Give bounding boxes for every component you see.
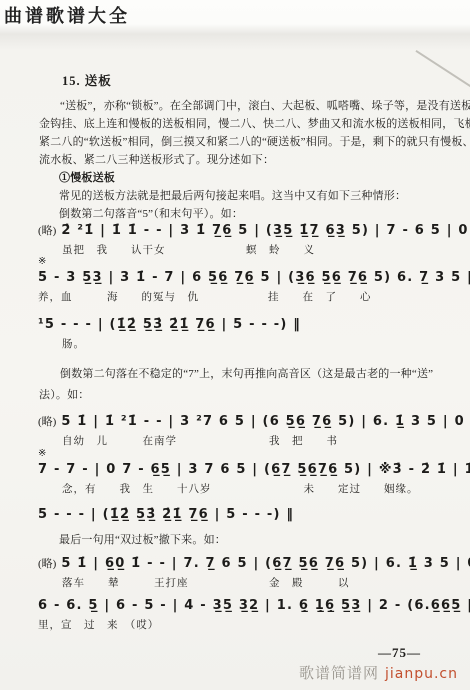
case2-description: 倒数第二句落在不稳定的“7”上，末句再推向高音区（这是最古老的一种“送”法）。如… <box>39 364 433 406</box>
omitted-label: (略) <box>38 225 56 237</box>
music-system: (略)5 1̇ | 6̲0̲ 1̇ - - | 7. 7̲ 6 5 | (6̲7… <box>38 554 464 590</box>
intro-line: “送板”，亦称“锁板”。在全部调门中，滚白、大起板、呱嗒嘴、垛子等，是没有送板的… <box>39 97 470 115</box>
jianpu-notation-line: 5 - 3 5̲3̲ | 3 1̇ - 7 | 6 5̲6̲ 7̲6̲ 5 | … <box>38 270 470 285</box>
intro-line: 紧二八的“软送板”相同，倒三摸又和紧二八的“硬送板”相同。于是，剩下的就只有慢板… <box>39 133 470 151</box>
jianpu-notation-line: 5 - - - | (1̲̇2̲̇ 5̲3̲̇ 2̲̇1̲̇ 7̲6̲ | 5 … <box>38 507 294 522</box>
lyrics-line: 念，有 我 生 十八岁 未 定过 姻缘。 <box>38 481 464 496</box>
jianpu-notation-line: 5 1̇ | 6̲0̲ 1̇ - - | 7. 7̲ 6 5 | (6̲7̲ 5… <box>61 556 470 571</box>
music-system: (略)5 1̇ | 1̇ ²1̇ - - | 3 ²7 6 5 | (6 5̲6… <box>38 412 464 448</box>
case2-line: 法）。如： <box>39 385 433 406</box>
jianpu-notation-line: 2̇ ²1̇ | 1̇ 1̇ - - | 3 1̇ 7̲6̲ 5 | (3̲5̲… <box>61 223 470 238</box>
page-number: —75— <box>378 645 421 661</box>
intro-paragraph: “送板”，亦称“锁板”。在全部调门中，滚白、大起板、呱嗒嘴、垛子等，是没有送板的… <box>39 97 470 169</box>
case2-line: 倒数第二句落在不稳定的“7”上，末句再推向高音区（这是最古老的一种“送” <box>39 364 433 385</box>
scan-artifact-line <box>415 50 470 92</box>
jianpu-notation-line: 5 1̇ | 1̇ ²1̇ - - | 3 ²7 6 5 | (6 5̲6̲ 7… <box>61 414 470 429</box>
music-system: (略)2̇ ²1̇ | 1̇ 1̇ - - | 3 1̇ 7̲6̲ 5 | (3… <box>38 221 464 257</box>
jianpu-notation-line: 6 - 6. 5̲ | 6 - 5 - | 4 - 3̲5̲ 3̲2̲ | 1.… <box>38 598 470 613</box>
intro-line: 流水板、紧二八三种送板形式了。现分述如下： <box>39 151 470 169</box>
scanned-score-page: 曲谱歌谱大全 15. 送板 “送板”，亦称“锁板”。在全部调门中，滚白、大起板、… <box>0 0 470 690</box>
watermark-site-url: jianpu.cn <box>385 666 458 682</box>
music-system: ※ 5 - 3 5̲3̲ | 3 1̇ - 7 | 6 5̲6̲ 7̲6̲ 5 … <box>38 256 464 304</box>
jianpu-notation-line: ¹5 - - - | (1̲̇2̲̇ 5̲3̲̇ 2̲̇1̲̇ 7̲6̲ | 5… <box>38 317 301 332</box>
music-system: ※ 7 - 7 - | 0 7 - 6̲5̲ | 3 7 6 5 | (6̲7̲… <box>38 448 464 496</box>
watermark-site-name: 歌谱简谱网 <box>299 666 379 682</box>
intro-line: 金钩挂、底上连和慢板的送板相同，慢二八、快二八、梦曲又和流水板的送板相同，飞板和 <box>39 115 470 133</box>
site-watermark: 歌谱简谱网jianpu.cn <box>299 662 458 683</box>
music-system: 6 - 6. 5̲ | 6 - 5 - | 4 - 3̲5̲ 3̲2̲ | 1.… <box>38 596 464 632</box>
method-description: 常见的送板方法就是把最后两句接起来唱。这当中又有如下三种情形： <box>39 187 406 205</box>
lyrics-line: 养，血 海 的冤与 仇 挂 在 了 心 <box>38 289 464 304</box>
lyrics-line: 落车 辇 王打座 金 殿 以 <box>38 575 464 590</box>
reference-mark: ※ <box>38 448 464 460</box>
music-system: ¹5 - - - | (1̲̇2̲̇ 5̲3̲̇ 2̲̇1̲̇ 7̲6̲ | 5… <box>38 315 464 351</box>
lyrics-line: 肠。 <box>38 336 464 351</box>
omitted-label: (略) <box>38 416 56 428</box>
subsection-heading: ①慢板送板 <box>39 169 115 187</box>
omitted-label: (略) <box>38 558 56 570</box>
reference-mark: ※ <box>38 256 464 268</box>
case1-description: 倒数第二句落音“5”（和末句平）。如： <box>39 205 243 223</box>
jianpu-notation-line: 7 - 7 - | 0 7 - 6̲5̲ | 3 7 6 5 | (6̲7̲ 5… <box>38 462 470 477</box>
case3-description: 最后一句用“双过板”撤下来。如： <box>39 531 226 549</box>
music-system: 5 - - - | (1̲̇2̲̇ 5̲3̲̇ 2̲̇1̲̇ 7̲6̲ | 5 … <box>38 505 464 523</box>
book-title: 曲谱歌谱大全 <box>4 2 130 28</box>
lyrics-line: 虽把 我 认干女 螟 蛉 义 <box>38 242 464 257</box>
lyrics-line: 自幼 儿 在南学 我 把 书 <box>38 433 464 448</box>
section-title: 15. 送板 <box>62 71 112 89</box>
lyrics-line: 里，宣 过 来 （哎） <box>38 617 464 632</box>
